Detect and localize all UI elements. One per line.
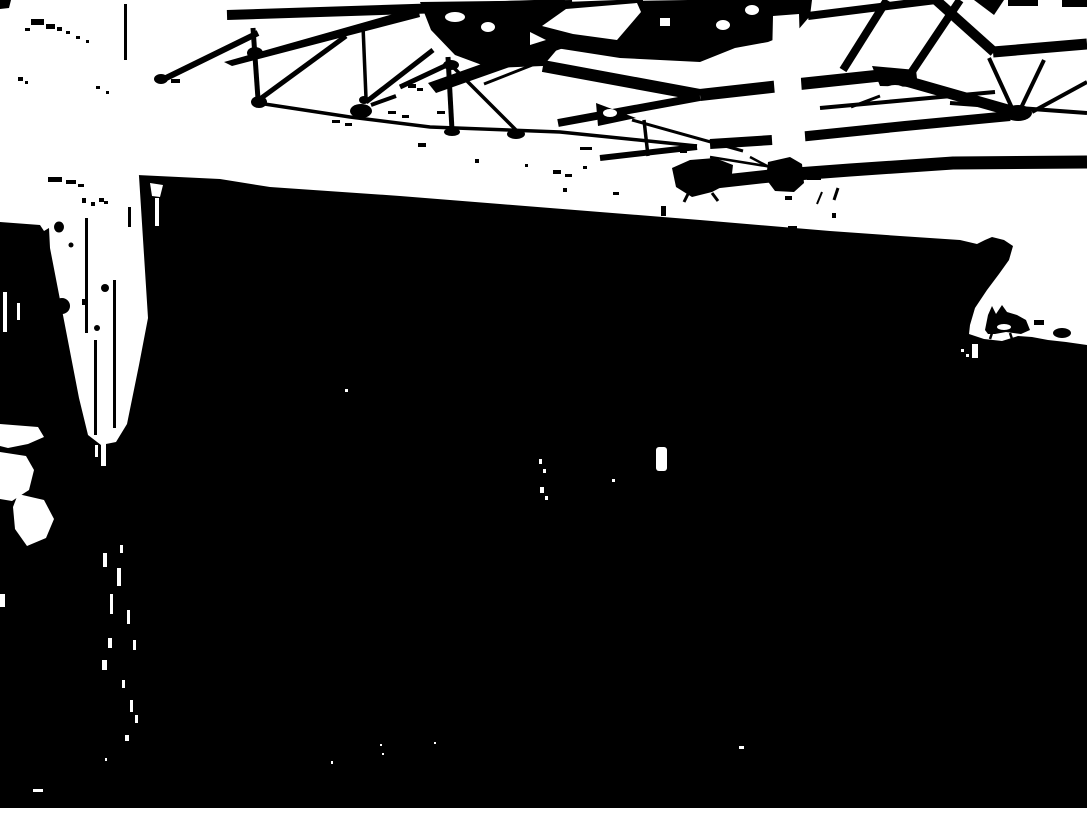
- photo-shape: [539, 459, 542, 464]
- photo-shape: [1062, 0, 1087, 7]
- photo-shape: [603, 109, 617, 117]
- photo-shape: [46, 24, 55, 29]
- photo-shape: [86, 40, 89, 43]
- photo-shape: [563, 188, 567, 192]
- photo-shape: [380, 744, 382, 746]
- photo-shape: [110, 594, 113, 614]
- photo-shape: [332, 120, 340, 123]
- photo-shape: [807, 176, 821, 180]
- photo-shape: [95, 445, 98, 457]
- photo-shape: [417, 88, 423, 91]
- photo-shape: [91, 202, 95, 206]
- photo-shape: [96, 86, 100, 89]
- photo-shape: [17, 303, 20, 320]
- screenshot-root: [0, 0, 1087, 817]
- photo-shape: [0, 808, 1087, 817]
- photo-shape: [345, 123, 352, 126]
- photo-shape: [565, 174, 572, 177]
- photo-shape: [402, 115, 409, 118]
- photo-shape: [613, 192, 619, 195]
- photo-shape: [1034, 320, 1044, 325]
- photo-shape: [966, 354, 969, 357]
- photo-shape: [155, 198, 159, 226]
- photo-shape: [102, 660, 107, 670]
- photo-shape: [475, 159, 479, 163]
- photo-shape: [66, 31, 70, 34]
- photo-shape: [120, 545, 123, 553]
- photo-shape: [99, 198, 104, 202]
- photo-shape: [85, 218, 88, 333]
- photo-shape: [104, 201, 108, 204]
- photo-shape: [331, 761, 333, 764]
- photo-shape: [57, 27, 62, 31]
- photo-shape: [345, 389, 348, 392]
- photo-shape: [680, 150, 687, 153]
- photo-shape: [545, 496, 548, 500]
- photo-shape: [382, 753, 384, 755]
- photo-shape: [154, 74, 168, 84]
- photo-shape: [525, 164, 528, 167]
- photo-shape: [583, 166, 587, 169]
- photo-shape: [94, 340, 97, 435]
- photo-shape: [710, 184, 714, 188]
- photo-shape: [612, 479, 615, 482]
- photo-shape: [350, 104, 372, 118]
- photo-shape: [481, 22, 495, 32]
- photo-shape: [437, 111, 445, 114]
- photo-shape: [553, 170, 561, 174]
- photo-shape: [739, 746, 744, 749]
- photo-shape: [101, 444, 106, 466]
- photo-shape: [76, 36, 80, 39]
- photo-shape: [54, 222, 64, 233]
- photo-shape: [1053, 328, 1071, 338]
- photo-shape: [0, 594, 5, 607]
- photo-shape: [434, 742, 436, 744]
- photo-shape: [82, 198, 86, 203]
- photo-shape: [94, 325, 100, 331]
- photo-shape: [543, 469, 546, 473]
- photo-shape: [25, 81, 28, 84]
- binarized-photo: [0, 0, 1087, 817]
- photo-shape: [540, 487, 544, 493]
- photo-shape: [785, 196, 792, 200]
- photo-shape: [886, 85, 904, 93]
- photo-shape: [656, 447, 667, 471]
- photo-shape: [103, 553, 107, 567]
- photo-shape: [124, 4, 127, 60]
- photo-shape: [78, 184, 84, 187]
- photo-shape: [580, 147, 592, 150]
- photo-shape: [66, 180, 76, 184]
- photo-shape: [716, 20, 730, 30]
- photo-shape: [247, 47, 263, 59]
- photo-shape: [33, 789, 43, 792]
- photo-shape: [117, 568, 121, 586]
- photo-shape: [444, 128, 460, 136]
- photo-shape: [418, 143, 426, 147]
- photo-shape: [171, 79, 180, 83]
- photo-shape: [748, 180, 758, 183]
- photo-shape: [25, 28, 30, 31]
- photo-shape: [127, 610, 130, 624]
- photo-shape: [101, 284, 109, 292]
- photo-shape: [18, 77, 23, 81]
- photo-shape: [388, 111, 396, 114]
- photo-shape: [997, 324, 1011, 330]
- photo-shape: [961, 349, 964, 352]
- photo-shape: [1008, 0, 1038, 6]
- photo-shape: [3, 292, 7, 332]
- photo-shape: [54, 298, 70, 314]
- photo-shape: [660, 18, 670, 26]
- photo-shape: [745, 5, 759, 15]
- photo-shape: [31, 19, 44, 25]
- photo-shape: [667, 148, 676, 151]
- photo-shape: [105, 758, 107, 761]
- photo-shape: [48, 177, 62, 182]
- photo-shape: [69, 243, 74, 248]
- photo-shape: [125, 735, 129, 741]
- photo-shape: [972, 344, 978, 358]
- photo-shape: [832, 213, 836, 218]
- photo-shape: [135, 715, 138, 723]
- photo-shape: [128, 207, 131, 227]
- photo-shape: [133, 640, 136, 650]
- photo-shape: [661, 206, 666, 216]
- photo-shape: [122, 680, 125, 688]
- photo-shape: [507, 129, 525, 139]
- photo-shape: [113, 280, 116, 428]
- photo-shape: [130, 700, 133, 712]
- photo-shape: [445, 12, 465, 22]
- photo-shape: [108, 638, 112, 648]
- photo-shape: [106, 91, 109, 94]
